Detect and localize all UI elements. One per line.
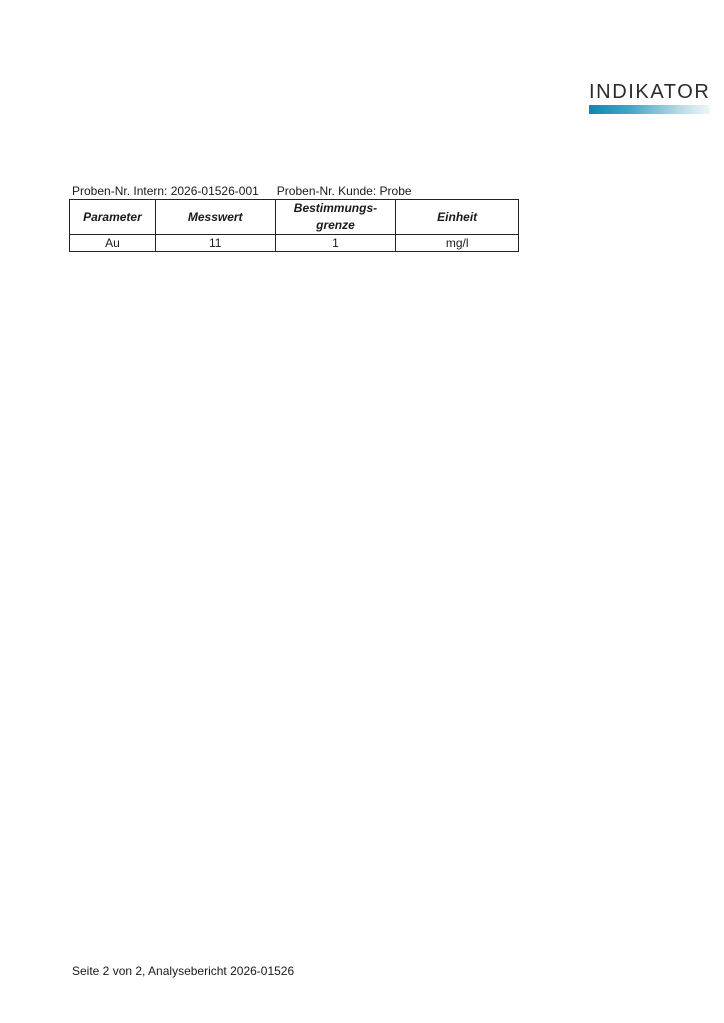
table-row: Au 11 1 mg/l — [70, 235, 519, 252]
logo-gradient-bar — [589, 105, 710, 114]
header-bestimmungsgrenze-text: Bestimmungs-grenze — [294, 201, 377, 232]
sample-number-intern: Proben-Nr. Intern: 2026-01526-001 — [72, 184, 259, 198]
results-table: Parameter Messwert Bestimmungs-grenze Ei… — [69, 199, 519, 252]
sample-info: Proben-Nr. Intern: 2026-01526-001Proben-… — [72, 184, 412, 198]
company-logo: INDIKATOR — [589, 82, 714, 114]
cell-parameter: Au — [70, 235, 156, 252]
page-footer: Seite 2 von 2, Analysebericht 2026-01526 — [72, 964, 294, 978]
header-einheit: Einheit — [396, 200, 519, 235]
header-bestimmungsgrenze: Bestimmungs-grenze — [275, 200, 396, 235]
logo-text: INDIKATOR — [589, 82, 714, 102]
cell-messwert: 11 — [155, 235, 275, 252]
cell-bestimmungsgrenze: 1 — [275, 235, 396, 252]
sample-number-kunde: Proben-Nr. Kunde: Probe — [277, 184, 412, 198]
cell-einheit: mg/l — [396, 235, 519, 252]
header-parameter: Parameter — [70, 200, 156, 235]
header-messwert: Messwert — [155, 200, 275, 235]
table-header-row: Parameter Messwert Bestimmungs-grenze Ei… — [70, 200, 519, 235]
